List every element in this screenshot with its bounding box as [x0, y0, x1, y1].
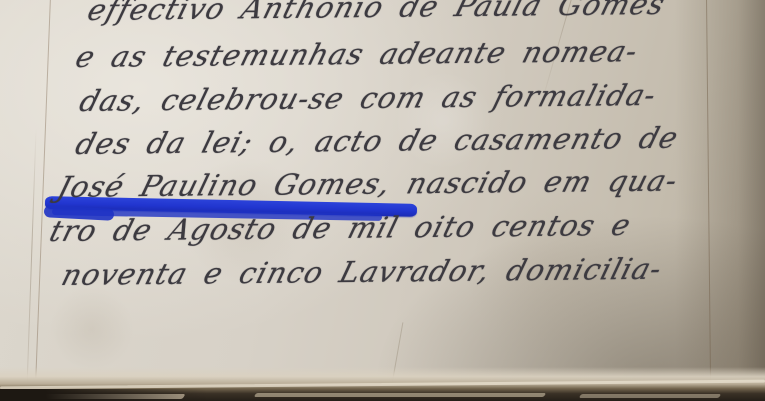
- handwriting-line-6: tro de Agosto de mil oito centos e: [46, 208, 635, 248]
- handwriting-line-5-highlighted-name: José Paulino Gomes, nascido em qua-: [54, 164, 682, 204]
- handwriting-line-2: e as testemunhas adeante nomea-: [72, 34, 642, 74]
- right-margin-rule: [706, 0, 711, 401]
- photo-shadow-right: [675, 0, 765, 401]
- manuscript-photo: effectivo Anthonio de Paula Gomes e as t…: [0, 0, 765, 401]
- page-edge-streak: [254, 393, 546, 397]
- page-edge-streak: [12, 394, 185, 399]
- page-edge-highlight: [0, 380, 765, 390]
- left-margin-rule: [35, 0, 51, 378]
- handwriting-line-3: das, celebrou-se com as formalida-: [76, 78, 661, 118]
- book-page-edges: [0, 367, 765, 401]
- handwriting-line-4: des da lei; o, acto de casamento de: [72, 121, 683, 161]
- handwriting-line-7: noventa e cinco Lavrador, domicilia-: [58, 252, 666, 292]
- paper-crease-diagonal-bottom: [392, 322, 404, 383]
- page-edge-streak: [579, 394, 721, 398]
- page-edge-shadow: [0, 389, 230, 401]
- paper-crease-vertical: [26, 128, 36, 390]
- handwriting-line-1: effectivo Anthonio de Paula Gomes: [84, 0, 669, 27]
